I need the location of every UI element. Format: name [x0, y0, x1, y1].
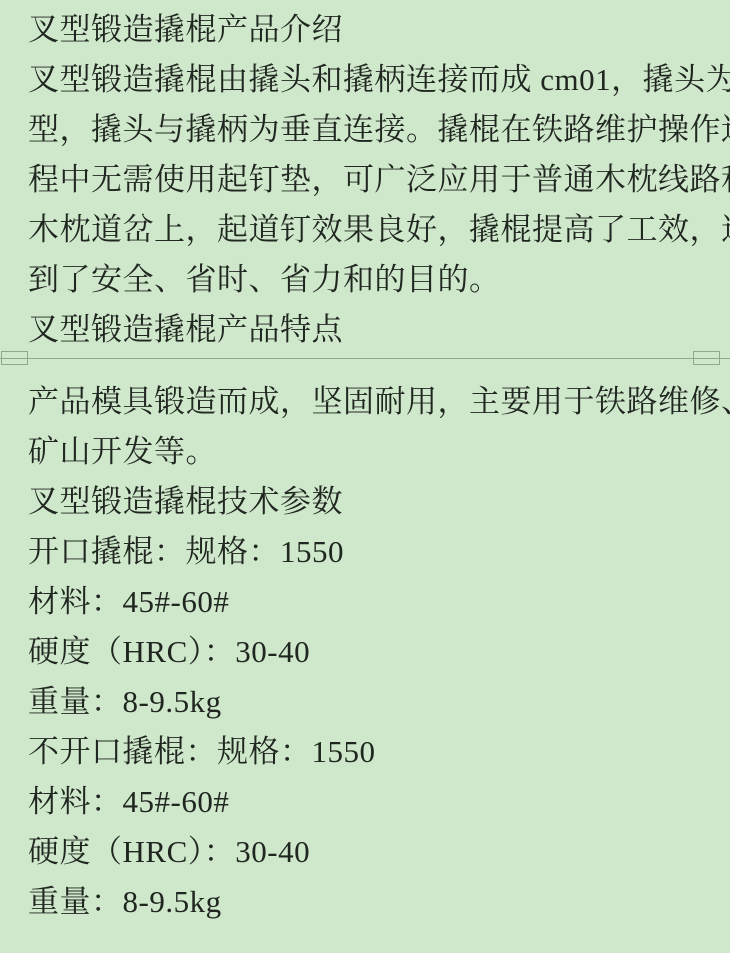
features-paragraph-line: 矿山开发等。	[28, 427, 730, 477]
product-intro-heading: 叉型锻造撬棍产品介绍	[28, 5, 730, 55]
page-break-line	[0, 358, 730, 359]
page-break-right-mark	[693, 351, 720, 365]
intro-paragraph-line: 木枕道岔上，起道钉效果良好，撬棍提高了工效，达	[28, 205, 730, 255]
page-break-divider	[0, 355, 730, 361]
product-features-heading: 叉型锻造撬棍产品特点	[28, 305, 730, 355]
spec-line-closed-model: 不开口撬棍：规格：1550	[28, 727, 730, 777]
technical-params-heading: 叉型锻造撬棍技术参数	[28, 477, 730, 527]
spec-line-open-model: 开口撬棍：规格：1550	[28, 527, 730, 577]
page-break-left-mark	[1, 351, 28, 365]
document-page: 叉型锻造撬棍产品介绍 叉型锻造撬棍由撬头和撬柄连接而成 cm01，撬头为叉 型，…	[0, 0, 730, 953]
spec-line-material: 材料：45#-60#	[28, 777, 730, 827]
spec-line-weight: 重量：8-9.5kg	[28, 877, 730, 927]
features-paragraph-line: 产品模具锻造而成，坚固耐用，主要用于铁路维修、	[28, 377, 730, 427]
intro-paragraph-line: 型，撬头与撬柄为垂直连接。撬棍在铁路维护操作过	[28, 105, 730, 155]
spec-line-hardness: 硬度（HRC）：30-40	[28, 827, 730, 877]
intro-paragraph-line: 程中无需使用起钉垫，可广泛应用于普通木枕线路和	[28, 155, 730, 205]
spec-line-hardness: 硬度（HRC）：30-40	[28, 627, 730, 677]
page-two-text: 产品模具锻造而成，坚固耐用，主要用于铁路维修、 矿山开发等。 叉型锻造撬棍技术参…	[0, 377, 730, 927]
intro-paragraph-line: 到了安全、省时、省力和的目的。	[28, 255, 730, 305]
intro-paragraph-line: 叉型锻造撬棍由撬头和撬柄连接而成 cm01，撬头为叉	[28, 55, 730, 105]
spec-line-weight: 重量：8-9.5kg	[28, 677, 730, 727]
spec-line-material: 材料：45#-60#	[28, 577, 730, 627]
page-one-text: 叉型锻造撬棍产品介绍 叉型锻造撬棍由撬头和撬柄连接而成 cm01，撬头为叉 型，…	[0, 0, 730, 355]
